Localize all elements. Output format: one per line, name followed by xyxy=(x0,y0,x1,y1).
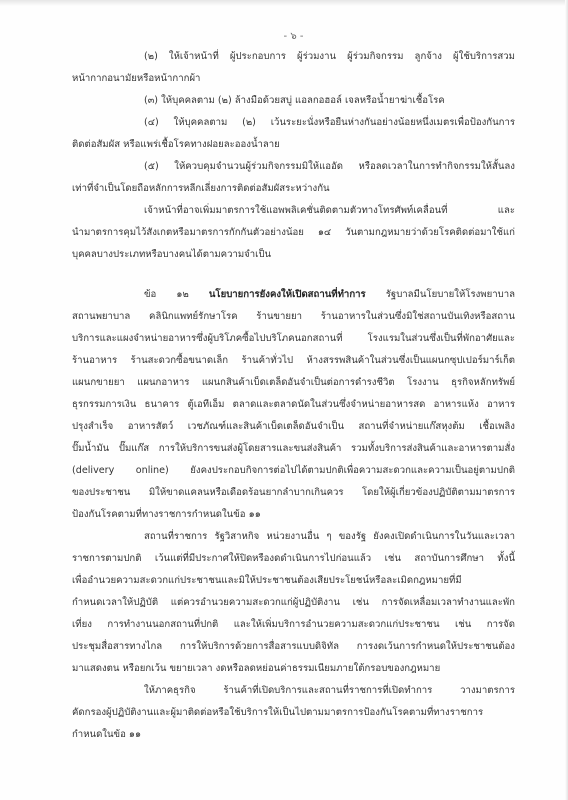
paragraph-line: เที่ยง การทำงานนอกสถานที่ปกติ และให้เพิ่… xyxy=(72,619,515,631)
paragraph-line: ปั๊มน้ำมัน ปั๊มแก๊ส การให้บริการขนส่งผู้… xyxy=(72,443,515,455)
paragraph-line: ป้องกันโรคตามที่ทางราชการกำหนดในข้อ ๑๑ xyxy=(72,509,261,521)
paragraph-line: แผนกขายยา แผนกอาหาร แผนกสินค้าเบ็ดเตล็ดอ… xyxy=(72,377,515,389)
paragraph-line: ติดต่อสัมผัส หรือแพร่เชื้อโรคทางฝอยละออง… xyxy=(72,139,280,151)
paragraph-line: ของประชาชน มิให้ขาดแคลนหรือเดือดร้อนยากล… xyxy=(72,487,515,499)
paragraph-line: คัดกรองผู้ปฏิบัติงานและผู้มาติดต่อหรือใช… xyxy=(72,707,515,719)
paragraph-line: เจ้าหน้าที่อาจเพิ่มมาตรการใช้แอพพลิเคชั่… xyxy=(144,205,515,217)
page-number: - ๖ - xyxy=(72,29,515,44)
section-number: ข้อ ๑๒ xyxy=(144,289,209,300)
paragraph-line: กำหนดในข้อ ๑๑ xyxy=(72,729,141,741)
paragraph-line: (delivery online) ยังคงประกอบกิจการต่อไป… xyxy=(72,465,515,477)
paragraph-line: (๓) ให้บุคคลตาม (๒) ล้างมือด้วยสบู่ แอลก… xyxy=(144,95,445,107)
section-title: นโยบายการยังคงให้เปิดสถานที่ทำการ xyxy=(209,289,366,300)
paragraph-line: เท่าที่จำเป็นโดยถือหลักการหลีกเลี่ยงการต… xyxy=(72,183,330,195)
paragraph-line: หน้ากากอนามัยหรือหน้ากากผ้า xyxy=(72,73,200,85)
paragraph-line: ราชการตามปกติ เว้นแต่ที่มีประกาศให้ปิดหร… xyxy=(72,553,515,565)
paragraph-line: บุคคลบางประเภทหรือบางคนได้ตามความจำเป็น xyxy=(72,249,271,261)
section-heading-line: ข้อ ๑๒ นโยบายการยังคงให้เปิดสถานที่ทำการ… xyxy=(144,289,515,301)
scan-top-shadow xyxy=(0,0,568,6)
paragraph-line: บริการและแผงจำหน่ายอาหารซึ่งผู้บริโภคซื้… xyxy=(72,333,515,345)
paragraph-line: สถานที่ราชการ รัฐวิสาหกิจ หน่วยงานอื่น ๆ… xyxy=(144,531,515,543)
paragraph-line: ร้านอาหาร ร้านสะดวกซื้อขนาดเล็ก ร้านค้าท… xyxy=(72,355,515,367)
paragraph-line: ให้ภาคธุรกิจ ร้านค้าที่เปิดบริการและสถาน… xyxy=(144,685,515,697)
paragraph-line: ปรุงสำเร็จ อาหารสัตว์ เวชภัณฑ์และสินค้าเ… xyxy=(72,421,515,433)
paragraph-line: เพื่ออำนวยความสะดวกแก่ประชาชนและมิให้ประ… xyxy=(72,575,515,587)
paragraph-line: นำมาตรการคุมไว้สังเกตหรือมาตรการกักกันตั… xyxy=(72,227,515,239)
paragraph-line: สถานพยาบาล คลินิกแพทย์รักษาโรค ร้านขายยา… xyxy=(72,311,515,323)
paragraph-line: (๕) ให้ควบคุมจำนวนผู้ร่วมกิจกรรมมิให้แออ… xyxy=(144,161,515,173)
paragraph-line: มาแสดงตน หรือยกเว้น ขยายเวลา งดหรือลดหย่… xyxy=(72,663,440,675)
paragraph-line: ประชุมสื่อสารทางไกล การให้บริการด้วยการส… xyxy=(72,641,515,653)
paragraph-line: กำหนดเวลาให้ปฏิบัติ แต่ควรอำนวยความสะดวก… xyxy=(72,597,515,609)
paragraph-line: (๒) ให้เจ้าหน้าที่ ผู้ประกอบการ ผู้ร่วมง… xyxy=(144,51,515,63)
section-text: รัฐบาลมีนโยบายให้โรงพยาบาล xyxy=(366,289,515,300)
paragraph-line: (๔) ให้บุคคลตาม (๒) เว้นระยะนั่งหรือยืนห… xyxy=(144,117,515,129)
paragraph-line: ธุรกรรมการเงิน ธนาคาร ตู้เอทีเอ็ม ตลาดแล… xyxy=(72,399,515,411)
